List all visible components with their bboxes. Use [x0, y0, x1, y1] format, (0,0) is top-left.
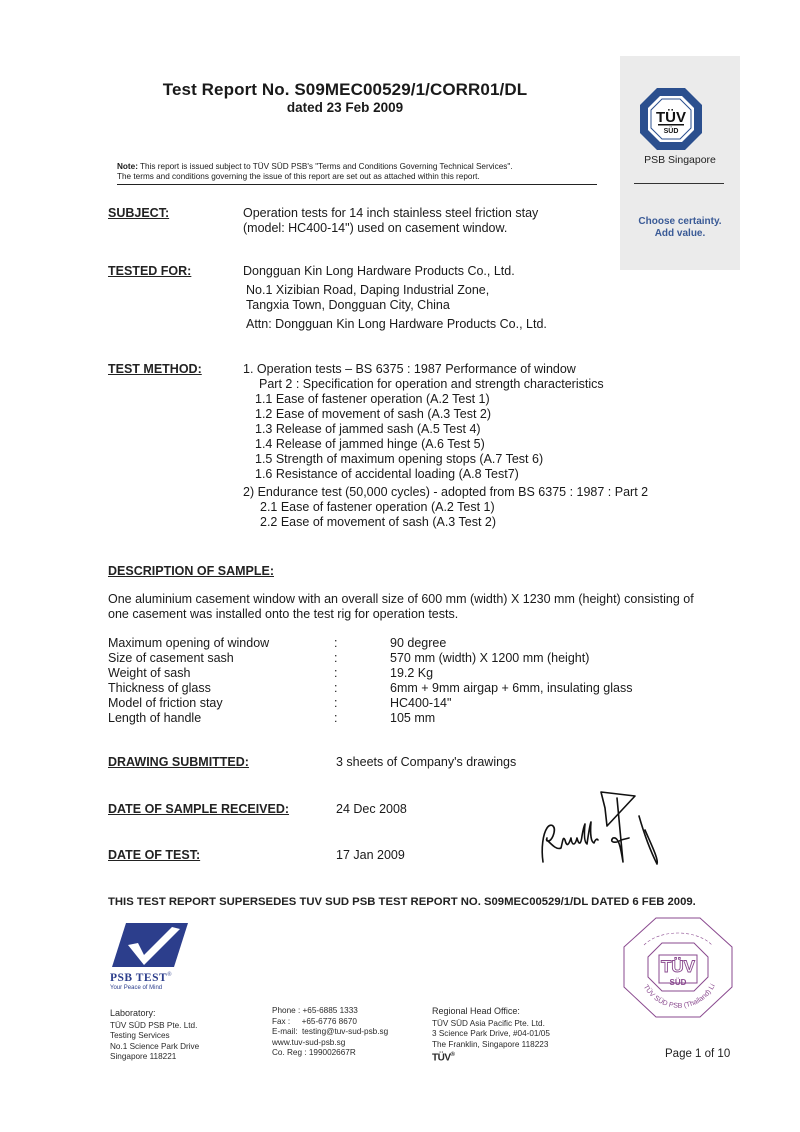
- date-of-test-value: 17 Jan 2009: [336, 848, 405, 863]
- method-item: 2.2 Ease of movement of sash (A.3 Test 2…: [260, 515, 648, 530]
- method-part-1-title: 1. Operation tests – BS 6375 : 1987 Perf…: [243, 362, 648, 377]
- method-item: 1.1 Ease of fastener operation (A.2 Test…: [255, 392, 648, 407]
- terms-note: Note: This report is issued subject to T…: [117, 162, 597, 185]
- spec-separator: :: [334, 711, 390, 726]
- method-item: 1.2 Ease of movement of sash (A.3 Test 2…: [255, 407, 648, 422]
- spec-row: Weight of sash:19.2 Kg: [108, 666, 632, 681]
- method-part-2-title: 2) Endurance test (50,000 cycles) - adop…: [243, 485, 648, 500]
- spec-key: Size of casement sash: [108, 651, 334, 666]
- psb-tagline: Your Peace of Mind: [110, 985, 162, 991]
- spec-value: 105 mm: [390, 711, 632, 726]
- tuv-sud-logo-icon: TÜV SÜD: [638, 86, 704, 152]
- report-number: Test Report No. S09MEC00529/1/CORR01/DL: [90, 80, 600, 100]
- spec-separator: :: [334, 636, 390, 651]
- psb-test-checkmark-icon: [110, 921, 190, 969]
- sample-received-label: DATE OF SAMPLE RECEIVED:: [108, 802, 289, 816]
- client-address: No.1 Xizibian Road, Daping Industrial Zo…: [246, 283, 547, 313]
- lab-line: Singapore 118221: [110, 1052, 199, 1063]
- spec-value: HC400-14": [390, 696, 632, 711]
- method-item: 1.5 Strength of maximum opening stops (A…: [255, 452, 648, 467]
- psb-reg-mark: ®: [167, 972, 172, 978]
- regional-office-heading: Regional Head Office:: [432, 1006, 550, 1017]
- date-of-test-label: DATE OF TEST:: [108, 848, 200, 862]
- contact-website-link[interactable]: www.tuv-sud-psb.sg: [272, 1038, 388, 1049]
- svg-text:TÜV: TÜV: [661, 957, 696, 976]
- tuv-thailand-stamp-icon: TÜV SÜD TÜV SÜD PSB (Thailand) Limited: [620, 915, 735, 1020]
- description-line-1: One aluminium casement window with an ov…: [108, 592, 738, 607]
- signature-icon: [535, 790, 665, 870]
- spec-separator: :: [334, 666, 390, 681]
- regional-office-info: Regional Head Office: TÜV SÜD Asia Pacif…: [432, 1006, 550, 1064]
- contact-phone: Phone : +65-6885 1333: [272, 1006, 388, 1017]
- office-line: The Franklin, Singapore 118223: [432, 1040, 550, 1051]
- lab-line: Testing Services: [110, 1031, 199, 1042]
- spec-separator: :: [334, 681, 390, 696]
- test-method-label: TEST METHOD:: [108, 362, 202, 376]
- brand-name: PSB Singapore: [620, 154, 740, 166]
- psb-test-brand: PSB TEST®: [110, 972, 172, 984]
- note-line-2: The terms and conditions governing the i…: [117, 172, 480, 181]
- spec-key: Model of friction stay: [108, 696, 334, 711]
- spec-key: Length of handle: [108, 711, 334, 726]
- spec-row: Thickness of glass:6mm + 9mm airgap + 6m…: [108, 681, 632, 696]
- tested-for-value: Dongguan Kin Long Hardware Products Co.,…: [243, 264, 547, 332]
- address-line-1: No.1 Xizibian Road, Daping Industrial Zo…: [246, 283, 547, 298]
- drawing-submitted-value: 3 sheets of Company's drawings: [336, 755, 516, 770]
- subject-line-1: Operation tests for 14 inch stainless st…: [243, 206, 538, 221]
- spec-row: Maximum opening of window:90 degree: [108, 636, 632, 651]
- client-company: Dongguan Kin Long Hardware Products Co.,…: [243, 264, 547, 279]
- laboratory-heading: Laboratory:: [110, 1008, 199, 1019]
- note-label: Note:: [117, 162, 138, 171]
- supersedes-notice: THIS TEST REPORT SUPERSEDES TUV SUD PSB …: [108, 896, 696, 908]
- brand-tagline: Choose certainty. Add value.: [620, 216, 740, 240]
- subject-label: SUBJECT:: [108, 206, 169, 220]
- method-part-1-items: 1.1 Ease of fastener operation (A.2 Test…: [255, 392, 648, 482]
- method-item: 1.6 Resistance of accidental loading (A.…: [255, 467, 648, 482]
- subject-line-2: (model: HC400-14") used on casement wind…: [243, 221, 538, 236]
- spec-row: Length of handle:105 mm: [108, 711, 632, 726]
- tagline-line-1: Choose certainty.: [620, 216, 740, 228]
- spec-row: Size of casement sash:570 mm (width) X 1…: [108, 651, 632, 666]
- sample-spec-table: Maximum opening of window:90 degreeSize …: [108, 636, 632, 726]
- address-line-2: Tangxia Town, Dongguan City, China: [246, 298, 547, 313]
- spec-separator: :: [334, 651, 390, 666]
- tuv-mark-text: TÜV: [432, 1052, 451, 1063]
- office-line: 3 Science Park Drive, #04-01/05: [432, 1029, 550, 1040]
- description-paragraph: One aluminium casement window with an ov…: [108, 592, 738, 622]
- svg-text:SÜD: SÜD: [670, 978, 687, 987]
- spec-key: Thickness of glass: [108, 681, 334, 696]
- report-dated-text: dated 23 Feb 2009: [287, 100, 403, 115]
- method-item: 2.1 Ease of fastener operation (A.2 Test…: [260, 500, 648, 515]
- lab-line: TÜV SÜD PSB Pte. Ltd.: [110, 1021, 199, 1032]
- office-line: TÜV SÜD Asia Pacific Pte. Ltd.: [432, 1019, 550, 1030]
- svg-text:SÜD: SÜD: [664, 126, 679, 135]
- spec-value: 6mm + 9mm airgap + 6mm, insulating glass: [390, 681, 632, 696]
- spec-row: Model of friction stay:HC400-14": [108, 696, 632, 711]
- contact-email[interactable]: E-mail: testing@tuv-sud-psb.sg: [272, 1027, 388, 1038]
- tuv-trademark: TÜV®: [432, 1050, 550, 1064]
- drawing-submitted-label: DRAWING SUBMITTED:: [108, 755, 249, 769]
- report-date: dated 23 Feb 2009: [0, 100, 600, 115]
- psb-test-name: PSB TEST: [110, 972, 167, 984]
- spec-separator: :: [334, 696, 390, 711]
- method-part-2-items: 2.1 Ease of fastener operation (A.2 Test…: [260, 500, 648, 530]
- method-item: 1.3 Release of jammed sash (A.5 Test 4): [255, 422, 648, 437]
- description-line-2: one casement was installed onto the test…: [108, 607, 738, 622]
- client-attention: Attn: Dongguan Kin Long Hardware Product…: [246, 317, 547, 332]
- sample-received-value: 24 Dec 2008: [336, 802, 407, 817]
- note-line-1: This report is issued subject to TÜV SÜD…: [138, 162, 513, 171]
- page-number: Page 1 of 10: [665, 1048, 730, 1060]
- method-item: 1.4 Release of jammed hinge (A.6 Test 5): [255, 437, 648, 452]
- tagline-line-2: Add value.: [620, 228, 740, 240]
- tested-for-label: TESTED FOR:: [108, 264, 191, 278]
- spec-key: Maximum opening of window: [108, 636, 334, 651]
- test-method-value: 1. Operation tests – BS 6375 : 1987 Perf…: [243, 362, 648, 530]
- spec-key: Weight of sash: [108, 666, 334, 681]
- brand-panel: TÜV SÜD PSB Singapore Choose certainty. …: [620, 56, 740, 270]
- spec-value: 19.2 Kg: [390, 666, 632, 681]
- lab-line: No.1 Science Park Drive: [110, 1042, 199, 1053]
- brand-divider: [634, 183, 724, 184]
- laboratory-info: Laboratory: TÜV SÜD PSB Pte. Ltd. Testin…: [110, 1008, 199, 1063]
- report-title: Test Report No. S09MEC00529/1/CORR01/DL: [0, 80, 600, 100]
- spec-value: 570 mm (width) X 1200 mm (height): [390, 651, 632, 666]
- subject-value: Operation tests for 14 inch stainless st…: [243, 206, 538, 236]
- contact-fax: Fax : +65-6776 8670: [272, 1017, 388, 1028]
- tuv-mark-reg: ®: [451, 1052, 455, 1058]
- company-registration: Co. Reg : 199002667R: [272, 1048, 388, 1059]
- svg-text:TÜV: TÜV: [656, 109, 686, 126]
- method-part-1-subtitle: Part 2 : Specification for operation and…: [259, 377, 648, 392]
- spec-value: 90 degree: [390, 636, 632, 651]
- contact-info: Phone : +65-6885 1333 Fax : +65-6776 867…: [272, 1006, 388, 1059]
- description-label: DESCRIPTION OF SAMPLE:: [108, 564, 274, 578]
